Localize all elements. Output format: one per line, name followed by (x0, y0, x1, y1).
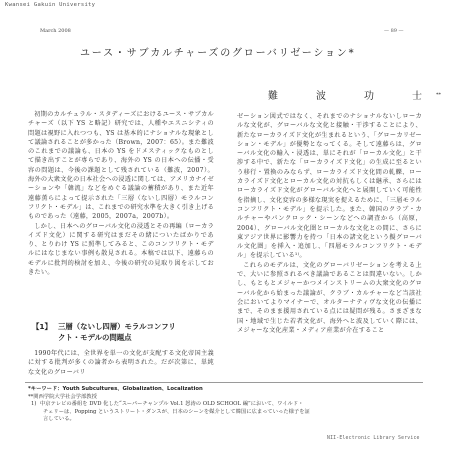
author-name: 難 波 功 士** (268, 87, 441, 102)
library-service-footer: NII-Electronic Library Service (327, 436, 420, 441)
paragraph: これらのモデルは、文化のグローバリゼーションを考える上で、大いに参照されるべき議… (237, 261, 422, 335)
footnote-1-number: 1) (31, 401, 40, 409)
left-column-section-body: 1990年代には、全世界を単一の文化が支配する文化帝国主義に対する批判が多くの論… (28, 349, 214, 377)
left-column-intro: 初期のカルチュラル・スタディーズにおけるユース・サブカルチャーズ（以下 YS と… (28, 110, 214, 277)
footnote-keywords: *キーワード：Youth Subcultures、Globalization、L… (28, 386, 428, 394)
paragraph: しかし、日本へのグローバル文化の浸透とその再編（ローカライズド文化）に関する研究… (28, 222, 214, 278)
right-column: ゼーション図式ではなく、それまでのナショナルないしローカルな文化が、グローバルな… (237, 112, 422, 335)
section-title-line2: クト・モデルの問題点 (32, 332, 217, 343)
footnote-divider (25, 382, 423, 383)
section-title-line1: 三層（ないし四層）モラルコンフリ (58, 322, 176, 331)
author-footnote-mark: ** (436, 92, 441, 98)
footnote-1-line2: チェリーは、Popping というストリート・ダンスが、日本のシーンを媒介として… (31, 409, 428, 417)
author-name-text: 難 波 功 士 (268, 91, 436, 102)
section-number: 【1】 (32, 321, 58, 332)
university-header: Kwansei Gakuin University (5, 2, 95, 8)
paragraph: 1990年代には、全世界を単一の文化が支配する文化帝国主義に対する批判が多くの論… (28, 349, 214, 377)
footnote-1-line3: 言している。 (31, 416, 428, 424)
footnotes: *キーワード：Youth Subcultures、Globalization、L… (28, 386, 428, 424)
issue-date: March 2008 (40, 28, 71, 34)
section-heading: 【1】三層（ないし四層）モラルコンフリ クト・モデルの問題点 (32, 321, 217, 343)
footnote-1: 1)中京テレビの番組を DVD 化した“スーパーチャンプル Vol.1 怒涛の … (28, 401, 428, 424)
paragraph: ゼーション図式ではなく、それまでのナショナルないしローカルな文化が、グローバルな… (237, 112, 422, 261)
article-title: ユース・サブカルチャーズのグローバリゼーション* (80, 44, 380, 59)
footnote-1-line1: 中京テレビの番組を DVD 化した“スーパーチャンプル Vol.1 怒涛の OL… (40, 401, 303, 407)
page-number: — 89 — (384, 28, 404, 34)
paragraph: 初期のカルチュラル・スタディーズにおけるユース・サブカルチャーズ（以下 YS と… (28, 110, 214, 222)
